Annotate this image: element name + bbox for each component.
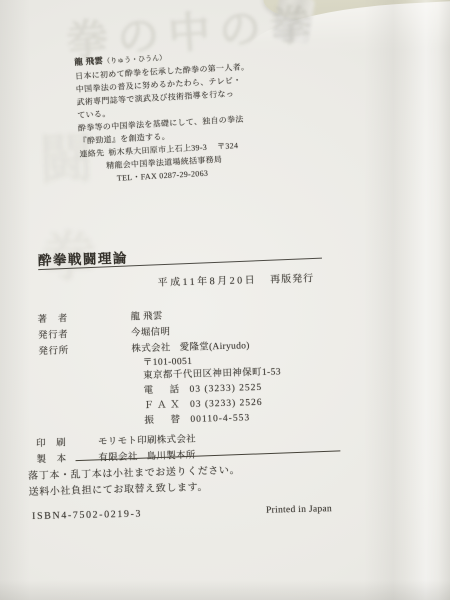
transfer-label: 振替: [144, 411, 180, 426]
fax-label: ＦＡＸ: [144, 396, 180, 411]
binder-row: 製本 有限会社島川製本所: [36, 450, 66, 465]
publisher-row: 発行者 今堀信明: [38, 326, 68, 341]
author-row: 著者 龍 飛雲: [37, 310, 67, 325]
publishing-office-row: 発行所 株式会社愛隆堂(Airyudo): [38, 342, 68, 357]
fax-number: 03 (3233) 2526: [190, 398, 263, 410]
publisher-value: 今堀信明: [131, 323, 171, 338]
printer-value: モリモト印刷株式会社: [98, 431, 196, 448]
author-label: 著者: [37, 310, 67, 325]
binder-value: 有限会社島川製本所: [98, 447, 196, 464]
binder-label: 製本: [36, 450, 66, 465]
publisher-label: 発行者: [38, 326, 68, 341]
transfer-number: 00110-4-553: [190, 413, 250, 425]
tel-number: 03 (3233) 2525: [189, 383, 262, 395]
edition-note: 再版発行: [270, 273, 314, 285]
edition-date: 平成11年8月20日: [157, 275, 257, 289]
printer-row: 印刷 モリモト印刷株式会社: [36, 434, 66, 449]
printer-label: 印刷: [36, 434, 66, 449]
edition-date-row: 平成11年8月20日再版発行: [157, 269, 314, 288]
author-value: 龍 飛雲: [130, 308, 162, 323]
book-colophon-photo: 拳の中の拳 闘拳 龍 飛雲（りゅう・ひうん） 日本に初めて酔拳を伝承した酔拳の第…: [0, 0, 450, 600]
tel-label: 電話: [143, 381, 179, 396]
office-label: 発行所: [38, 342, 68, 357]
postal-transfer-row: 振替00110-4-553: [144, 409, 250, 426]
printed-in-japan: Printed in Japan: [266, 504, 332, 515]
return-notice: 落丁本・乱丁本は小社までお送りください。 送料小社負担にてお取替え致します。: [28, 463, 241, 500]
office-name: 愛隆堂(Airyudo): [180, 341, 250, 353]
